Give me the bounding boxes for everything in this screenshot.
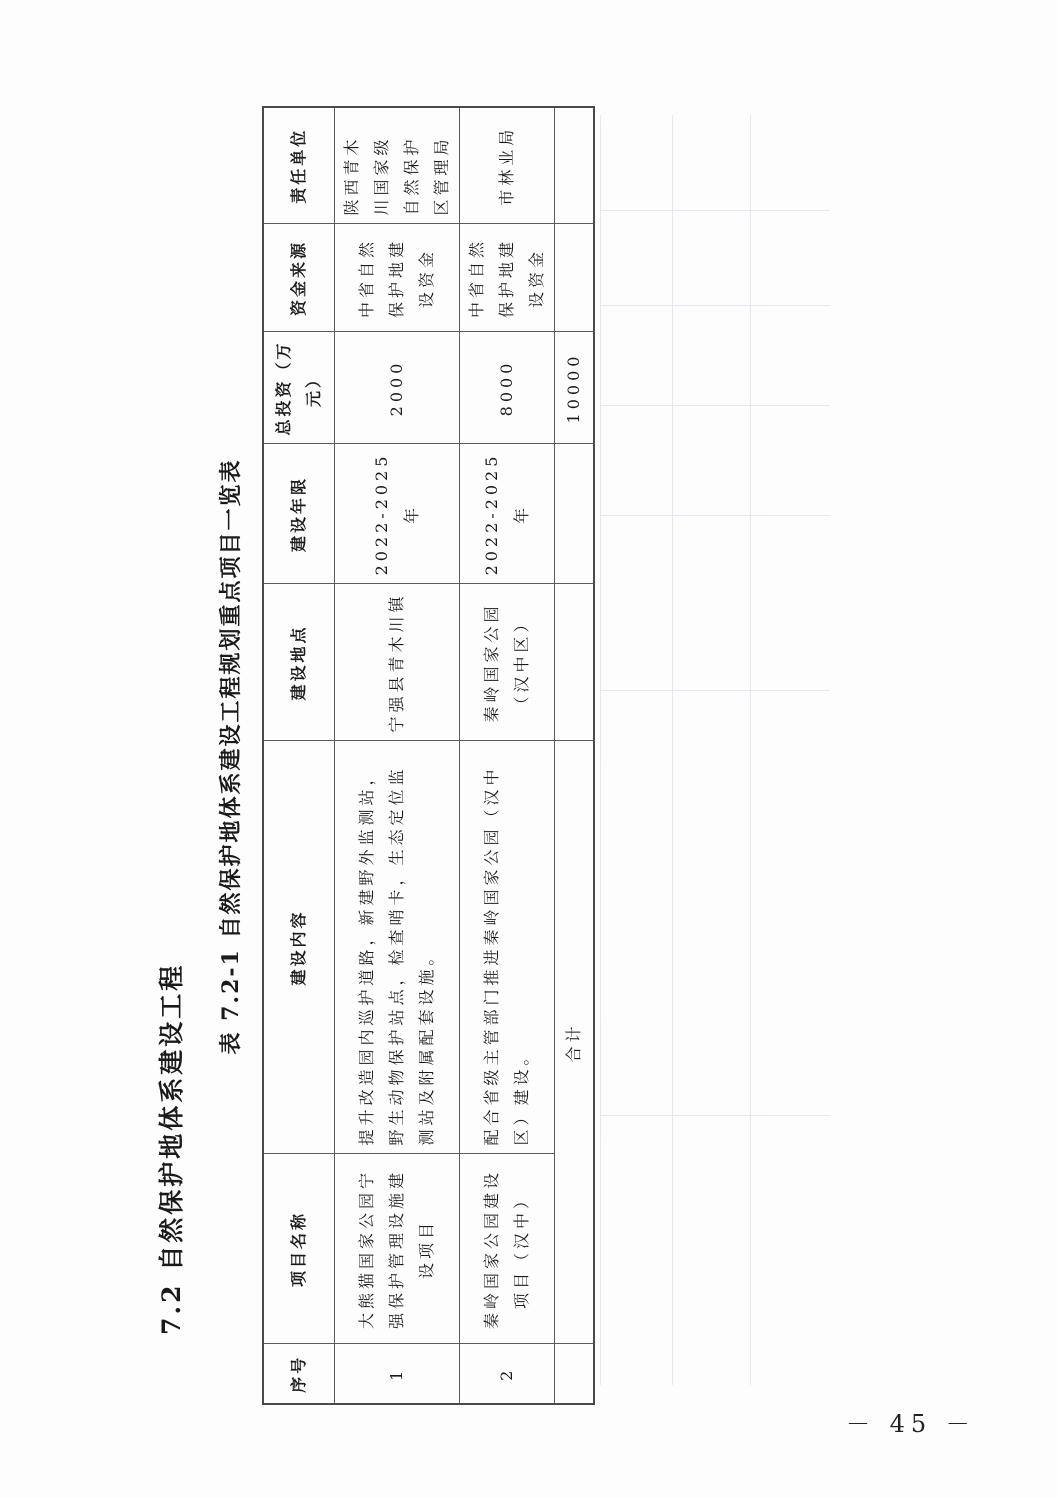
table-row: 2 秦岭国家公园建设项目（汉中） 配合省级主管部门推进秦岭国家公园（汉中区）建设…	[459, 107, 554, 1404]
cell-responsible: 陕西青木川国家级自然保护区管理局	[334, 107, 459, 224]
cell-responsible: 市林业局	[459, 107, 554, 224]
rotated-page-content: 7.2 自然保护地体系建设工程 表 7.2-1 自然保护地体系建设工程规划重点项…	[0, 0, 1057, 1497]
cell-total-label: 合计	[554, 741, 594, 1344]
column-header-period: 建设年限	[263, 444, 334, 584]
cell-blank	[554, 444, 594, 584]
cell-investment: 8000	[459, 332, 554, 444]
column-header-funding: 资金来源	[263, 224, 334, 332]
cell-location: 秦岭国家公园（汉中区）	[459, 584, 554, 741]
cell-name: 大熊猫国家公园宁强保护管理设施建设项目	[334, 1154, 459, 1344]
column-header-location: 建设地点	[263, 584, 334, 741]
column-header-no: 序号	[263, 1344, 334, 1404]
column-header-name: 项目名称	[263, 1154, 334, 1344]
section-heading: 7.2 自然保护地体系建设工程	[152, 963, 188, 1335]
cell-total-blank	[554, 1344, 594, 1404]
cell-investment: 2000	[334, 332, 459, 444]
column-header-responsible: 责任单位	[263, 107, 334, 224]
column-header-investment: 总投资（万元）	[263, 332, 334, 444]
table-caption: 表 7.2-1 自然保护地体系建设工程规划重点项目一览表	[214, 108, 245, 1405]
cell-no: 2	[459, 1344, 554, 1404]
cell-blank	[554, 224, 594, 332]
cell-content: 提升改造园内巡护道路，新建野外监测站，野生动物保护站点，检查哨卡，生态定位监测站…	[334, 741, 459, 1154]
cell-funding: 中省自然保护地建设资金	[459, 224, 554, 332]
column-header-content: 建设内容	[263, 741, 334, 1154]
cell-total-investment: 10000	[554, 332, 594, 444]
cell-period: 2022-2025 年	[459, 444, 554, 584]
cell-period: 2022-2025 年	[334, 444, 459, 584]
key-projects-table: 序号 项目名称 建设内容 建设地点 建设年限 总投资（万元） 资金来源 责任单位…	[262, 106, 595, 1405]
page-number: － 45 －	[846, 1404, 976, 1439]
cell-name: 秦岭国家公园建设项目（汉中）	[459, 1154, 554, 1344]
table-row: 1 大熊猫国家公园宁强保护管理设施建设项目 提升改造园内巡护道路，新建野外监测站…	[334, 107, 459, 1404]
table-total-row: 合计 10000	[554, 107, 594, 1404]
cell-no: 1	[334, 1344, 459, 1404]
table-header-row: 序号 项目名称 建设内容 建设地点 建设年限 总投资（万元） 资金来源 责任单位	[263, 107, 334, 1404]
cell-content: 配合省级主管部门推进秦岭国家公园（汉中区）建设。	[459, 741, 554, 1154]
cell-location: 宁强县青木川镇	[334, 584, 459, 741]
cell-blank	[554, 584, 594, 741]
cell-blank	[554, 107, 594, 224]
cell-funding: 中省自然保护地建设资金	[334, 224, 459, 332]
